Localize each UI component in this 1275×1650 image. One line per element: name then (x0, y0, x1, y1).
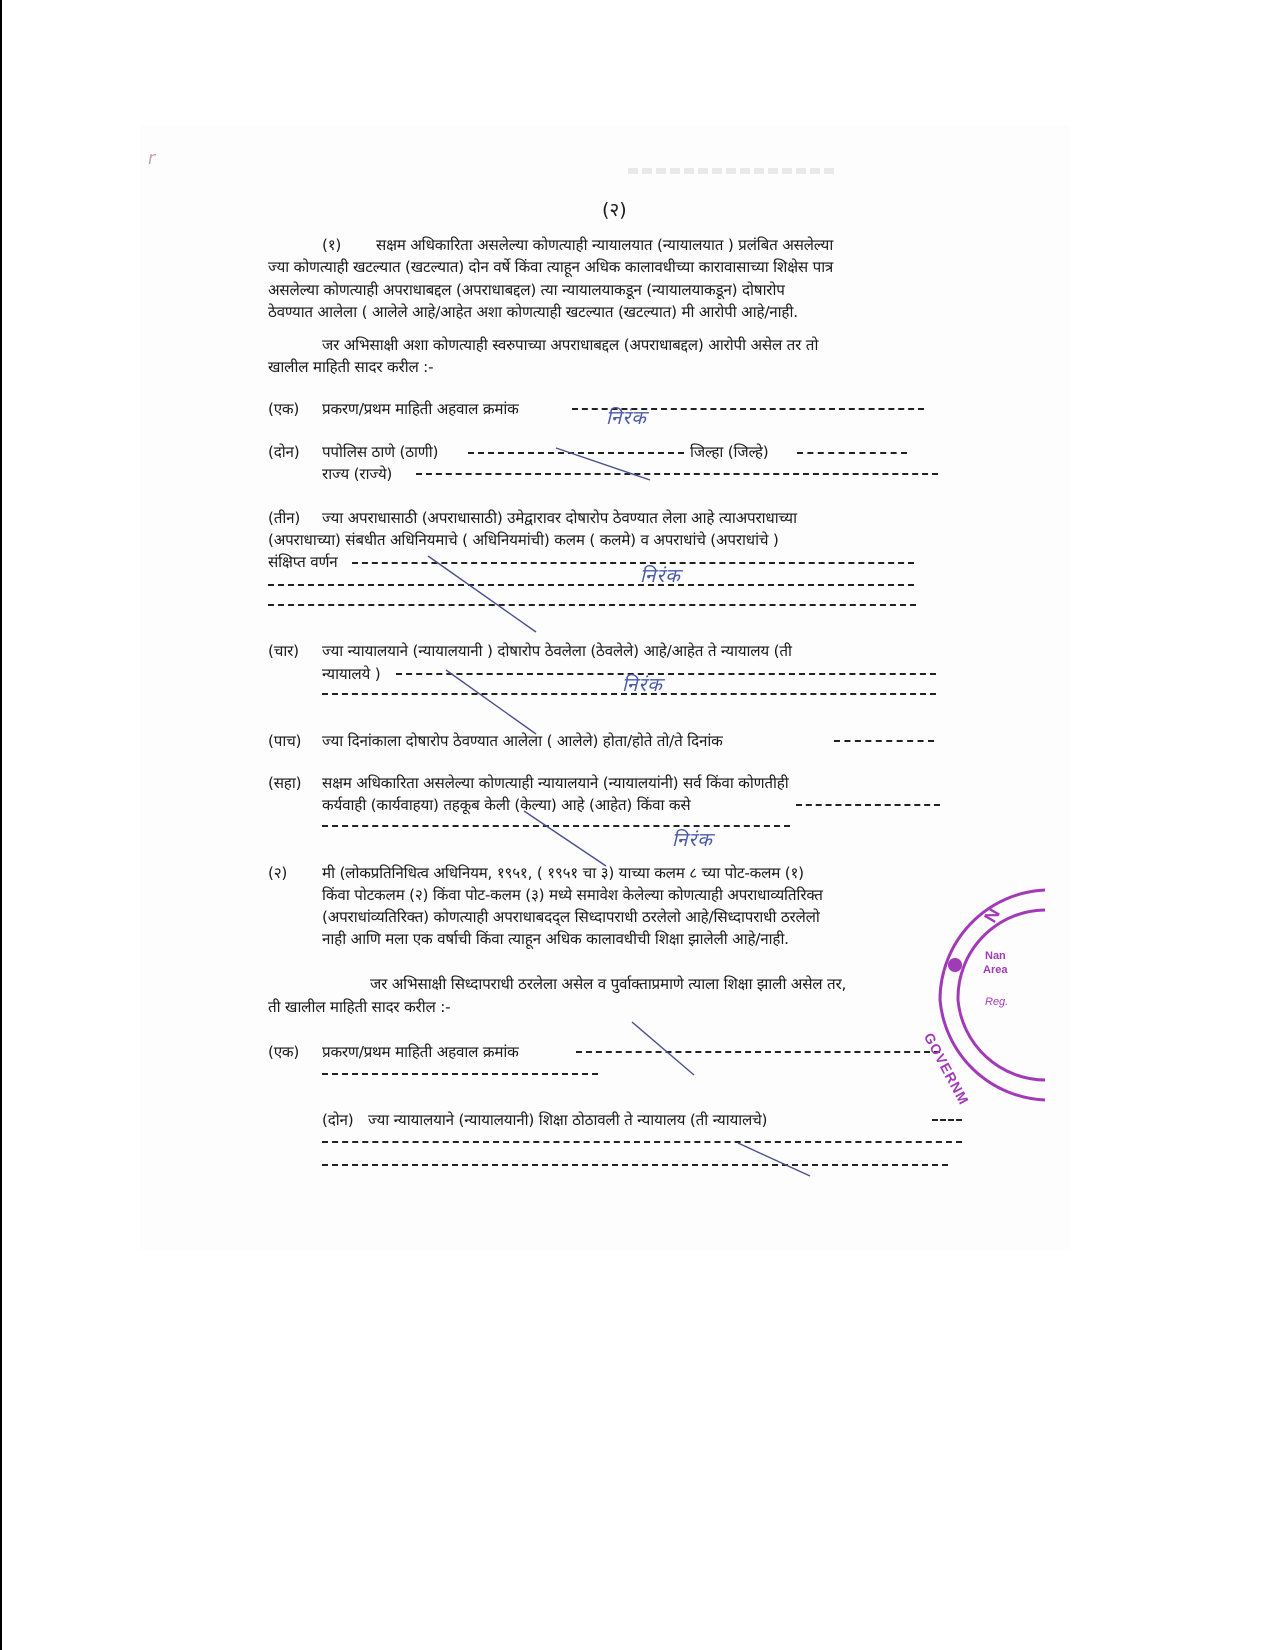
item-text: प्रकरण/प्रथम माहिती अहवाल क्रमांक (322, 398, 519, 420)
fill-line (396, 673, 936, 675)
stamp-text: Nan (985, 950, 1006, 962)
section2-marker: (२) (268, 862, 287, 884)
section1-intro: खालील माहिती सादर करील :- (268, 356, 433, 378)
fill-line (932, 1119, 962, 1121)
item-text: (अपराधाच्या) संबधीत अधिनियमाचे ( अधिनियम… (268, 529, 779, 551)
section1-line: ठेवण्यात आलेला ( आलेले आहे/आहेत अशा कोणत… (268, 301, 798, 323)
fill-line (352, 562, 914, 564)
fill-line (796, 804, 940, 806)
fill-line (268, 584, 914, 586)
section2-intro: ती खालील माहिती सादर करील :- (268, 996, 450, 1018)
faint-bleed-through (628, 168, 838, 174)
item-text: जिल्हा (जिल्हे) (690, 441, 768, 463)
fill-line (416, 473, 938, 475)
handwritten-nil: निरंक (606, 404, 647, 430)
item-text: ज्या दिनांकाला दोषारोप ठेवण्यात आलेला ( … (322, 730, 723, 752)
fill-line (322, 1073, 598, 1075)
fill-line (322, 825, 790, 827)
item-text: राज्य (राज्ये) (322, 463, 392, 485)
section2-line: (अपराधांव्यतिरिक्त) कोणत्याही अपराधाबदद्… (322, 906, 820, 928)
section1-line: सक्षम अधिकारिता असलेल्या कोणत्याही न्याय… (376, 234, 833, 256)
item-marker: (चार) (268, 640, 299, 662)
section2-line: मी (लोकप्रतिनिधित्व अधिनियम, १९५१, ( १९५… (322, 862, 804, 884)
handwritten-nil: निरंक (640, 562, 681, 588)
item-text: पपोलिस ठाणे (ठाणी) (322, 441, 438, 463)
fill-line (322, 1141, 962, 1143)
section2-line: नाही आणि मला एक वर्षाची किंवा त्याहून अध… (322, 928, 789, 950)
item-marker: (एक) (268, 398, 299, 420)
item-text: सक्षम अधिकारिता असलेल्या कोणत्याही न्याय… (322, 772, 789, 794)
page-number: (२) (602, 196, 627, 222)
item-marker: (एक) (268, 1041, 299, 1063)
item-marker: (दोन) (322, 1109, 353, 1131)
item-text: कर्यवाही (कार्यवाहया) तहकूब केली (केल्या… (322, 794, 690, 816)
section2-intro: जर अभिसाक्षी सिध्दापराधी ठरलेला असेल व प… (370, 973, 846, 995)
stamp-text: Area (983, 964, 1007, 976)
item-marker: (तीन) (268, 507, 300, 529)
item-text: ज्या न्यायालयाने (न्यायालयानी ) दोषारोप … (322, 640, 792, 662)
handwritten-nil: निरंक (672, 826, 713, 852)
item-text: ज्या न्यायालयाने (न्यायालयानी) शिक्षा ठो… (368, 1109, 767, 1131)
item-text: ज्या अपराधासाठी (अपराधासाठी) उमेद्वारावर… (322, 507, 797, 529)
fill-line (834, 740, 934, 742)
item-text: न्यायालये ) (322, 663, 380, 685)
item-marker: (सहा) (268, 772, 301, 794)
section2-line: किंवा पोटकलम (२) किंवा पोट-कलम (३) मध्ये… (322, 884, 823, 906)
fill-line (576, 1051, 940, 1053)
fill-line (268, 604, 916, 606)
handwritten-nil: निरंक (622, 671, 663, 697)
item-text: प्रकरण/प्रथम माहिती अहवाल क्रमांक (322, 1041, 519, 1063)
item-text: संक्षिप्त वर्णन (268, 551, 338, 573)
section1-line: असलेल्या कोणत्याही अपराधाबद्दल (अपराधाबद… (268, 279, 785, 301)
item-marker: (पाच) (268, 730, 301, 752)
item-marker: (दोन) (268, 441, 299, 463)
section1-intro: जर अभिसाक्षी अशा कोणत्याही स्वरुपाच्या अ… (322, 334, 818, 356)
section1-marker: (१) (322, 234, 341, 256)
fill-line (797, 452, 907, 454)
fill-line (468, 452, 684, 454)
fill-line (322, 1164, 948, 1166)
section1-line: ज्या कोणत्याही खटल्यात (खटल्यात) दोन वर्… (268, 256, 833, 278)
stamp-text: Reg. (985, 996, 1008, 1008)
page-left-border (0, 0, 2, 1650)
